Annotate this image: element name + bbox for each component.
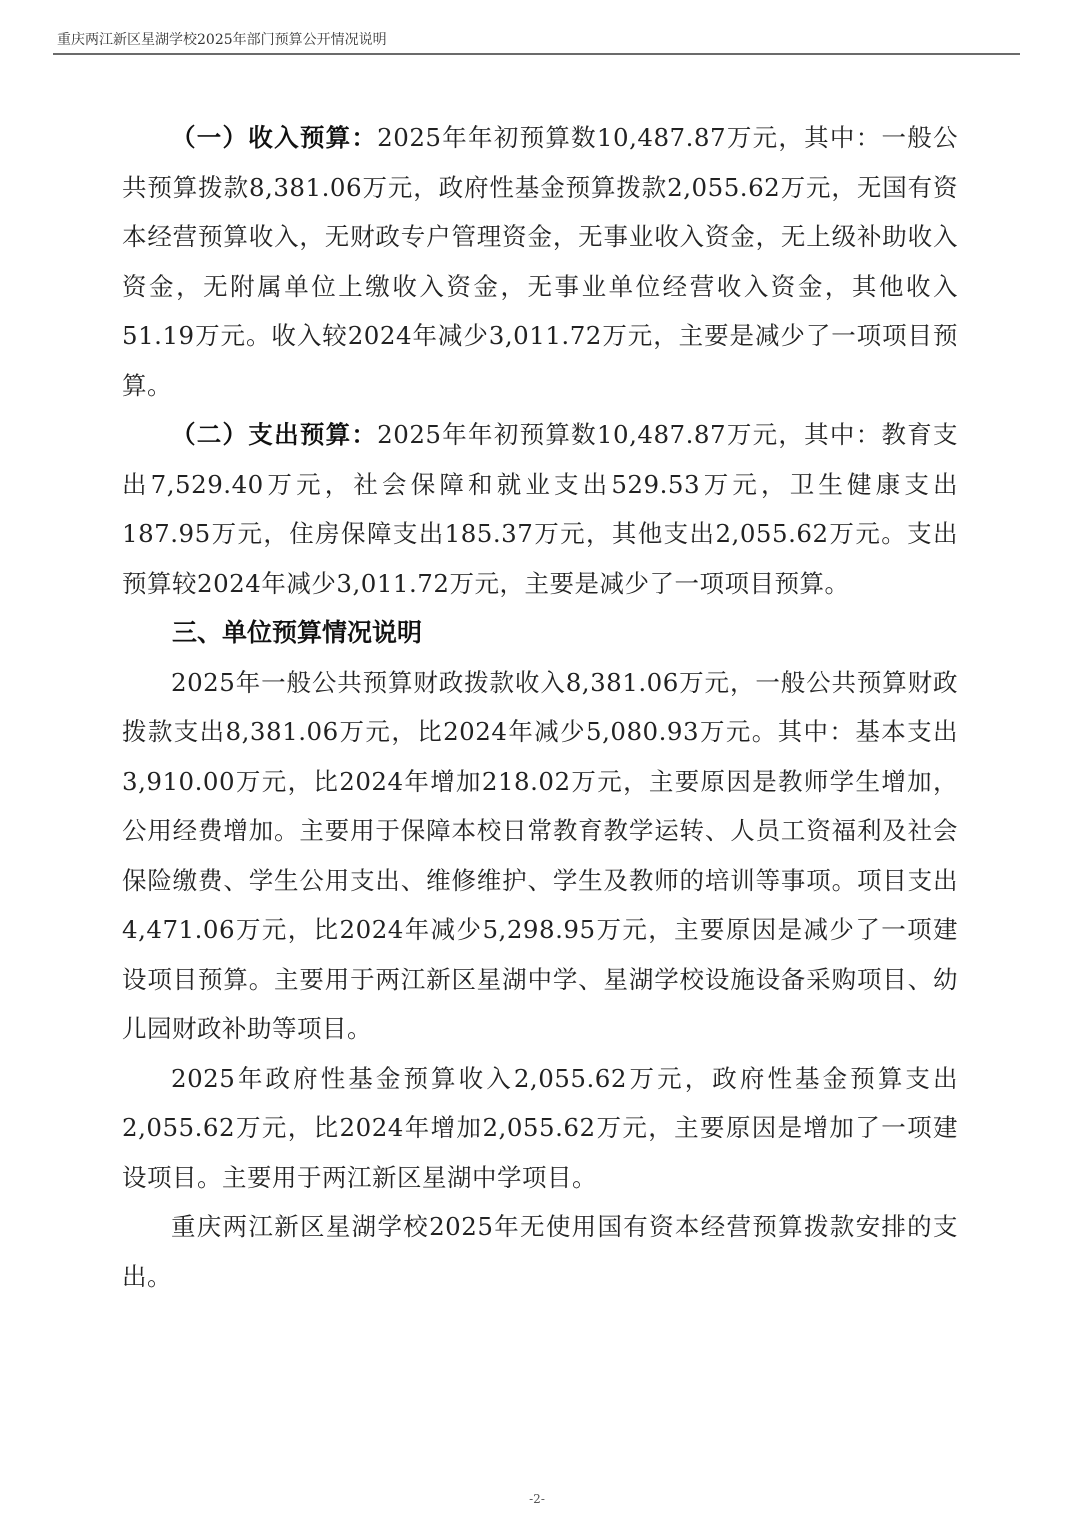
paragraph-government-fund-budget: 2025年政府性基金预算收入2,055.62万元，政府性基金预算支出2,055.… [122,1054,958,1203]
paragraph-state-capital-budget: 重庆两江新区星湖学校2025年无使用国有资本经营预算拨款安排的支出。 [122,1202,958,1301]
paragraph-general-public-budget: 2025年一般公共预算财政拨款收入8,381.06万元，一般公共预算财政拨款支出… [122,658,958,1054]
paragraph-lead-expenditure-budget: （二）支出预算： [171,420,377,449]
paragraph-lead-income-budget: （一）收入预算： [171,123,377,152]
paragraph-expenditure-budget: （二）支出预算：2025年年初预算数10,487.87万元，其中：教育支出7,5… [122,410,958,608]
running-header-title: 重庆两江新区星湖学校2025年部门预算公开情况说明 [57,31,387,49]
section-heading-unit-budget: 三、单位预算情况说明 [122,608,958,658]
paragraph-income-budget: （一）收入预算：2025年年初预算数10,487.87万元，其中：一般公共预算拨… [122,113,958,410]
document-body: （一）收入预算：2025年年初预算数10,487.87万元，其中：一般公共预算拨… [122,113,958,1301]
page-number: -2- [0,1492,1074,1506]
paragraph-text-income-budget: 2025年年初预算数10,487.87万元，其中：一般公共预算拨款8,381.0… [122,123,958,400]
header-rule [53,53,1020,55]
